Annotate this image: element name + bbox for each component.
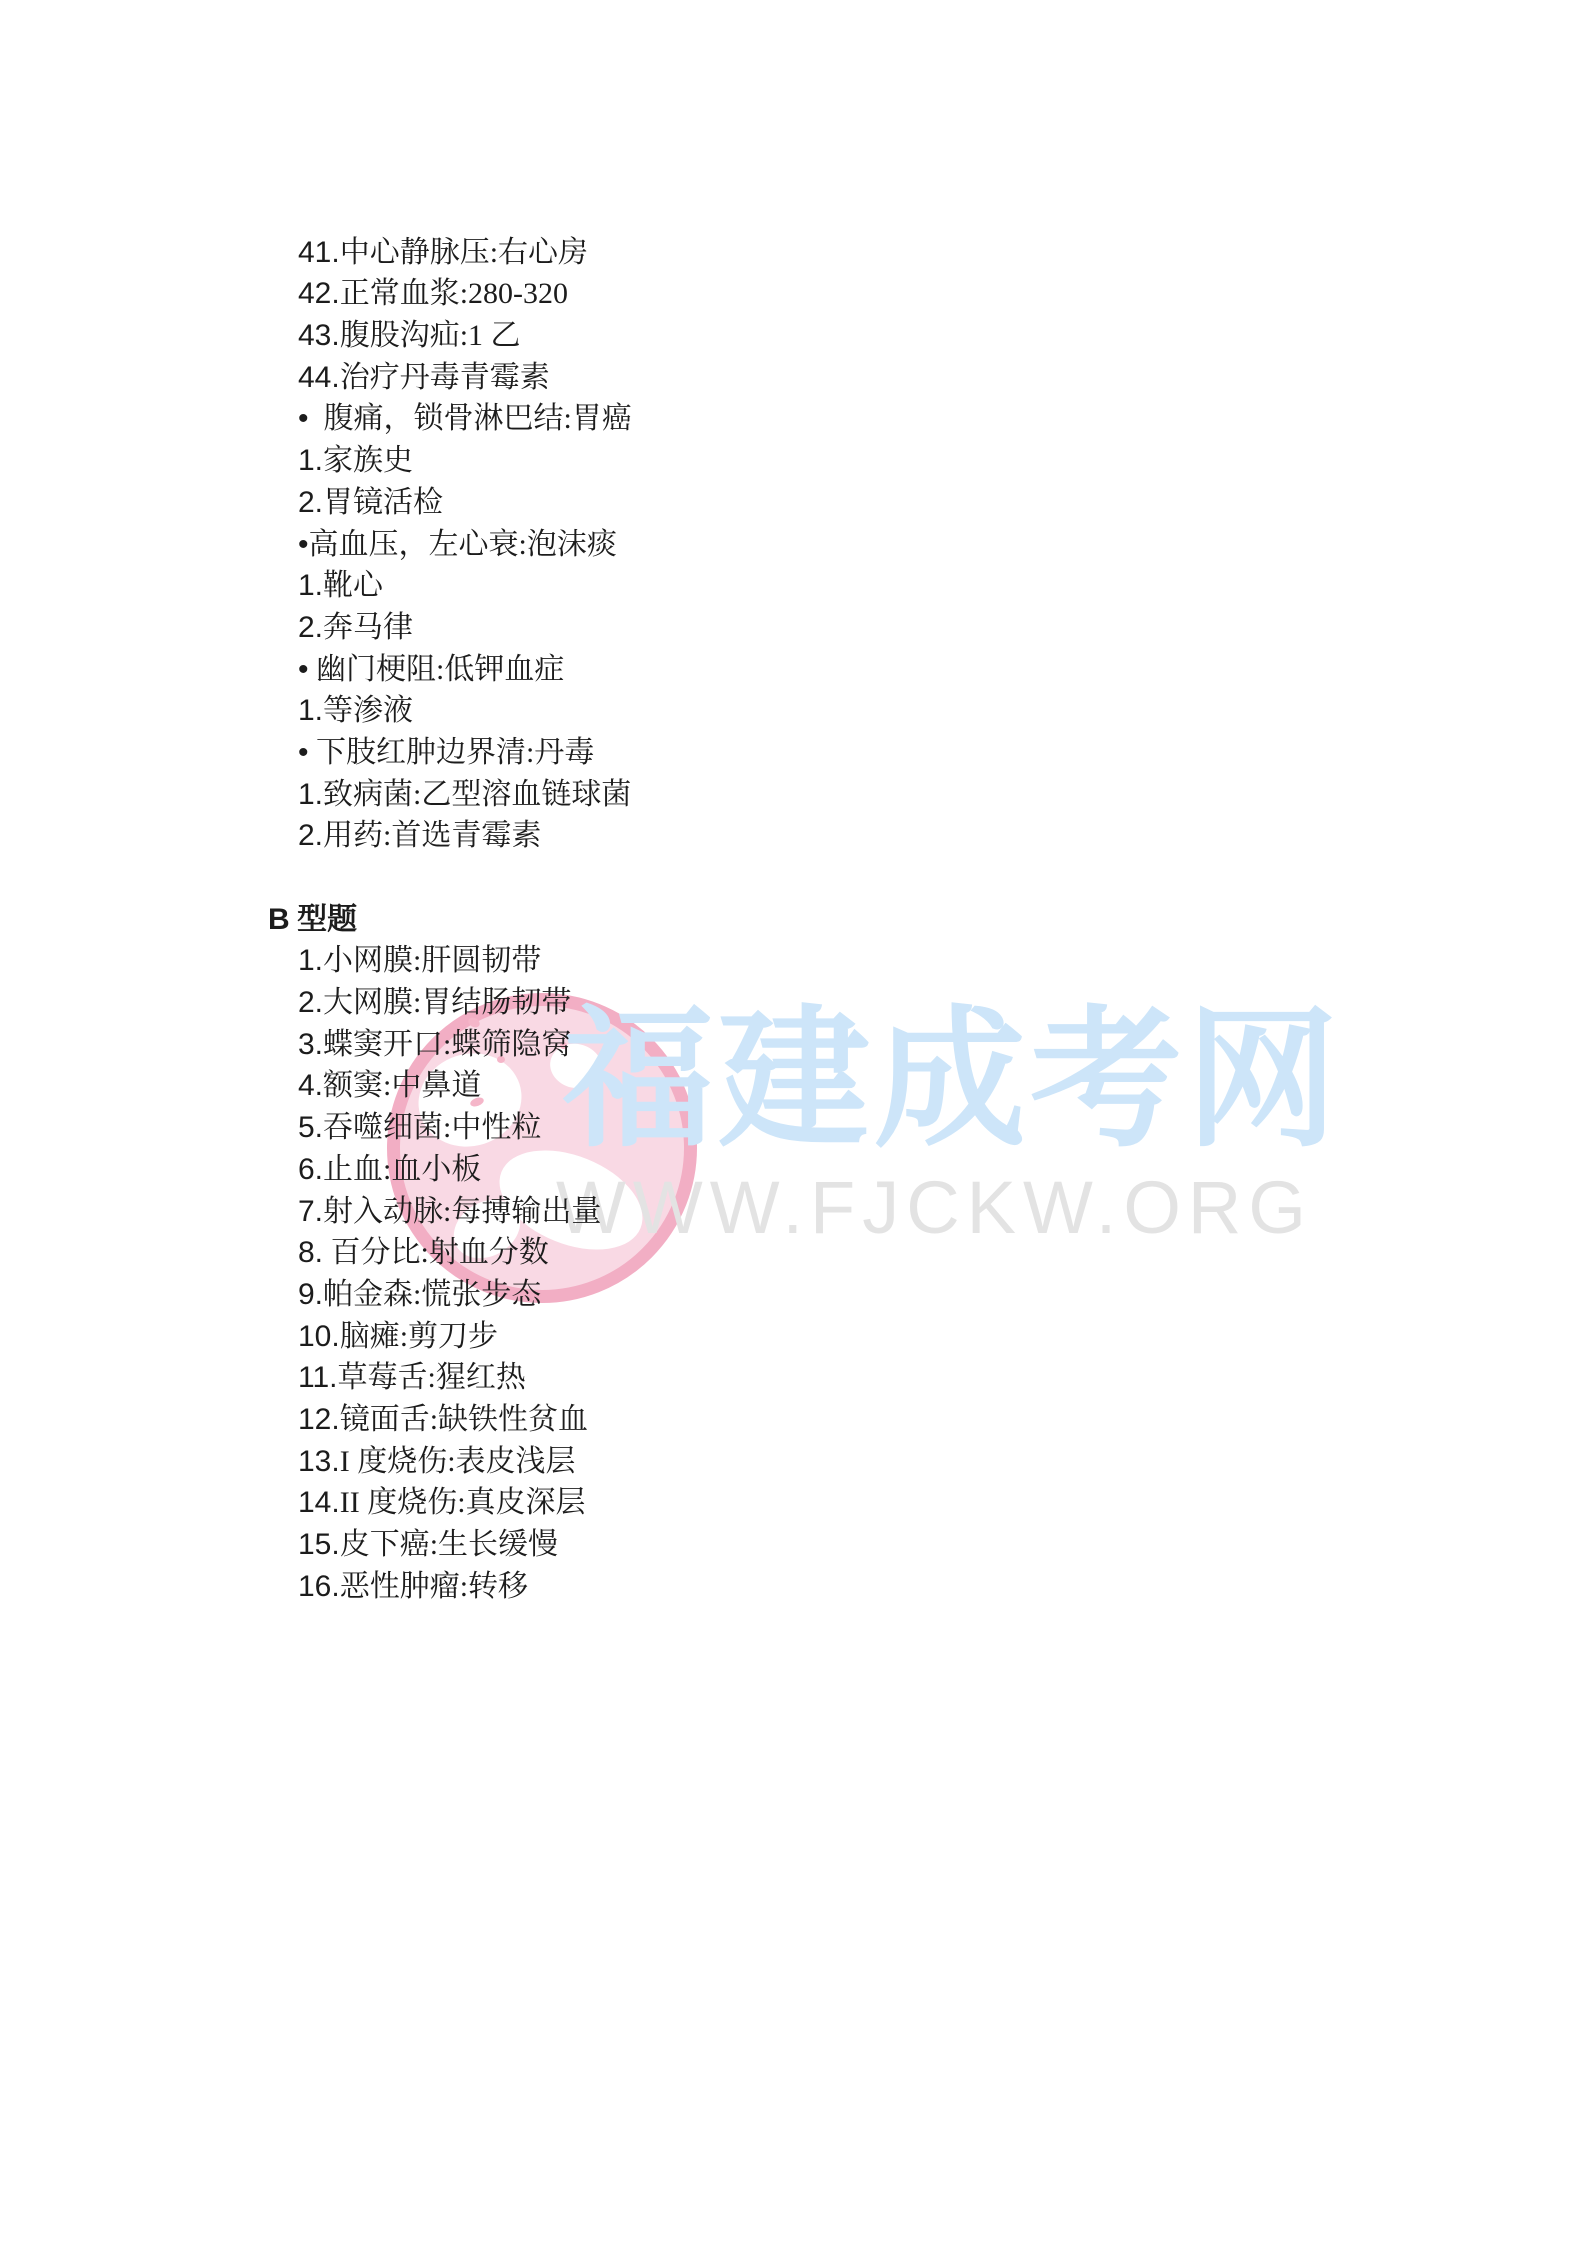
line-number: • [298,653,309,686]
line-text: 下肢红肿边界清:丹毒 [309,736,595,769]
line-number: 5. [298,1111,323,1144]
line-number: 1. [298,778,323,811]
line-text: 止血:血小板 [323,1153,481,1186]
line-number: 8. [298,1236,323,1269]
line-text: 脑瘫:剪刀步 [340,1320,498,1353]
line-number: 42. [298,277,340,310]
line-number: • [298,736,309,769]
line-number: • [298,402,309,435]
line-text: 致病菌:乙型溶血链球菌 [323,778,631,811]
line-text: 用药:首选青霉素 [323,819,541,852]
heading-letter: B [268,903,290,936]
line-number: • [298,528,309,561]
line-text: 腹痛，锁骨淋巴结:胃癌 [309,402,632,435]
section-heading-b-type: B 型题 [238,857,632,899]
line-number: 1. [298,569,323,602]
line-text: 奔马律 [323,611,413,644]
line-number: 2. [298,819,323,852]
line-number: 7. [298,1195,323,1228]
line-number: 44. [298,361,340,394]
line-text: 靴心 [323,569,383,602]
line-text: 高血压，左心衰:泡沫痰 [309,528,617,561]
line-number: 6. [298,1153,323,1186]
answer-list-b: 1.小网膜:肝圆韧带 2.大网膜:胃结肠韧带 3.蝶窦开口:蝶筛隐窝 4.额窦:… [238,899,632,1566]
line-text: 正常血浆:280-320 [340,277,568,310]
line-text: 幽门梗阻:低钾血症 [309,653,565,686]
document-body: 41.中心静脉压:右心房 42.正常血浆:280-320 43.腹股沟疝:1 乙… [238,190,632,1566]
line-text: II 度烧伤:真皮深层 [340,1486,586,1519]
line-text: 镜面舌:缺铁性贫血 [340,1403,588,1436]
line-text: 射入动脉:每搏输出量 [323,1195,601,1228]
line-text: 腹股沟疝:1 乙 [340,319,521,352]
line-number: 43. [298,319,340,352]
line-text: 恶性肿瘤:转移 [340,1570,528,1603]
line-number: 2. [298,611,323,644]
line-number: 1. [298,694,323,727]
line-number: 9. [298,1278,323,1311]
line-text: 等渗液 [323,694,413,727]
line-number: 16. [298,1570,340,1603]
line-text: 家族史 [323,444,413,477]
line-number: 3. [298,1028,323,1061]
watermark-brand-text: 福建成考网 [562,995,1342,1165]
document-page: { "page": { "background": "#ffffff", "te… [0,0,1587,2245]
line-number: 12. [298,1403,340,1436]
line-number: 11. [298,1361,337,1394]
line-text: 吞噬细菌:中性粒 [323,1111,541,1144]
line-number: 13. [298,1445,340,1478]
line-number: 1. [298,944,323,977]
line-number: 1. [298,444,323,477]
list-line: 41.中心静脉压:右心房 [238,190,632,232]
answer-list-a: 41.中心静脉压:右心房 42.正常血浆:280-320 43.腹股沟疝:1 乙… [238,190,632,815]
line-number: 15. [298,1528,340,1561]
line-number: 10. [298,1320,340,1353]
line-text: 大网膜:胃结肠韧带 [323,986,571,1019]
line-text: I 度烧伤:表皮浅层 [340,1445,576,1478]
line-text: 额窦:中鼻道 [323,1069,481,1102]
line-text: 中心静脉压:右心房 [340,236,588,269]
line-text: 皮下癌:生长缓慢 [340,1528,558,1561]
line-text: 小网膜:肝圆韧带 [323,944,541,977]
line-text: 蝶窦开口:蝶筛隐窝 [323,1028,571,1061]
line-text: 百分比:射血分数 [323,1236,549,1269]
line-text: 帕金森:慌张步态 [323,1278,541,1311]
line-number: 2. [298,486,323,519]
watermark-url-text: WWW.FJCKW.ORG [556,1168,1313,1248]
heading-text: 型题 [290,903,358,936]
line-text: 草莓舌:猩红热 [337,1361,525,1394]
line-number: 41. [298,236,340,269]
line-text: 胃镜活检 [323,486,443,519]
line-number: 14. [298,1486,340,1519]
line-text: 治疗丹毒青霉素 [340,361,550,394]
line-number: 2. [298,986,323,1019]
line-number: 4. [298,1069,323,1102]
